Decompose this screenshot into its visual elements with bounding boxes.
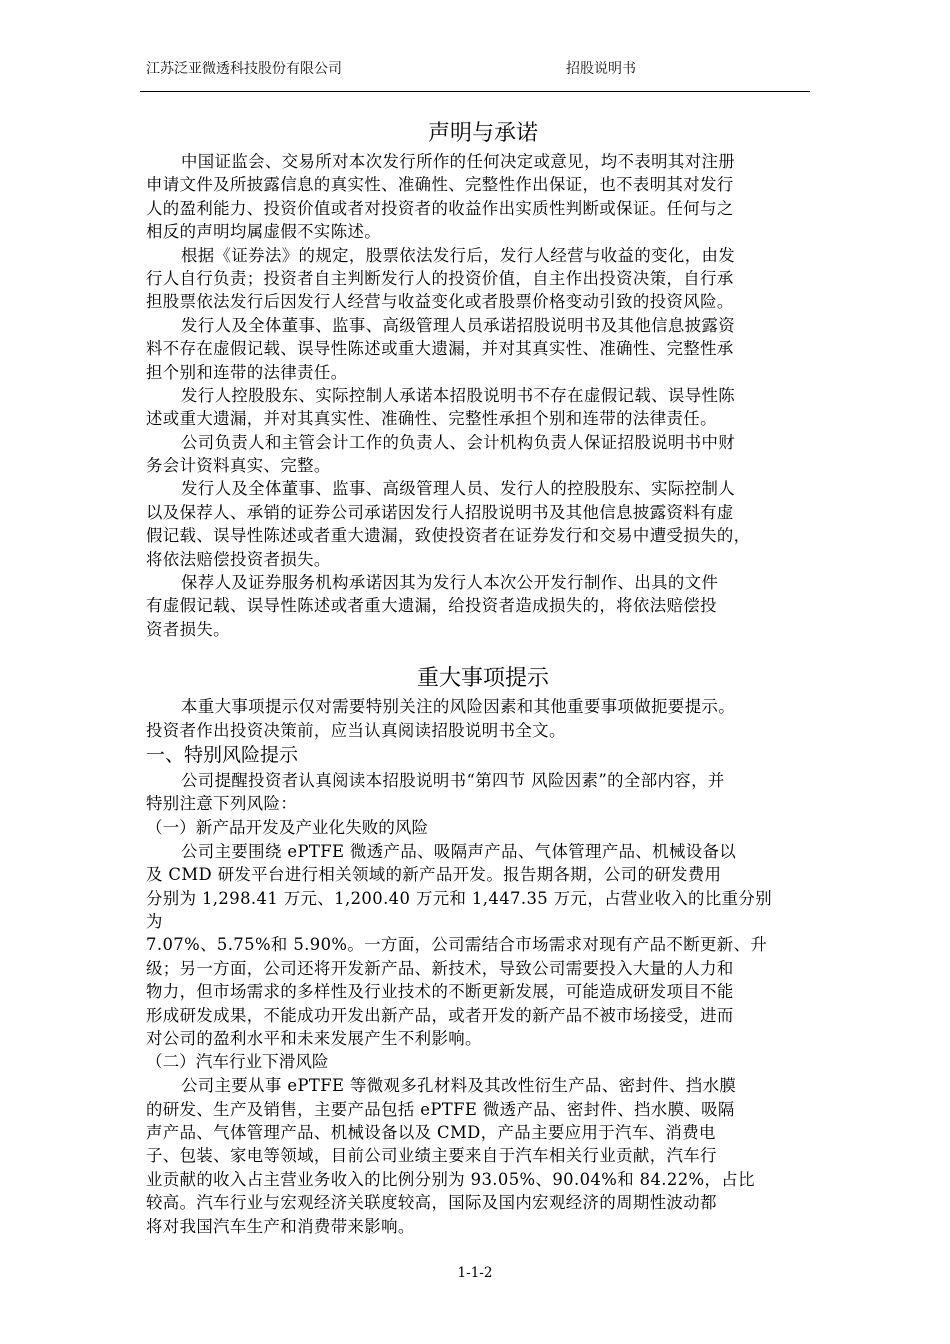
risk-heading: （一）新产品开发及产业化失败的风险 — [146, 816, 820, 840]
text-line: 有虚假记载、误导性陈述或者重大遗漏，给投资者造成损失的，将依法赔偿投 — [146, 594, 820, 617]
text-line: 公司负责人和主管会计工作的负责人、会计机构负责人保证招股说明书中财 — [146, 431, 820, 454]
text-line: 发行人及全体董事、监事、高级管理人员承诺招股说明书及其他信息披露资 — [146, 314, 820, 337]
text-line: 公司主要从事 ePTFE 等微观多孔材料及其改性衍生产品、密封件、挡水膜 — [146, 1074, 820, 1097]
text-line: 的研发、生产及销售，主要产品包括 ePTFE 微透产品、密封件、挡水膜、吸隔 — [146, 1098, 820, 1121]
text-line: 务会计资料真实、完整。 — [146, 454, 820, 477]
text-line: 对公司的盈利水平和未来发展产生不利影响。 — [146, 1027, 820, 1050]
text-line: 相反的声明均属虚假不实陈述。 — [146, 220, 820, 243]
header-divider — [140, 91, 810, 92]
text-line: 申请文件及所披露信息的真实性、准确性、完整性作出保证，也不表明其对发行 — [146, 173, 820, 196]
text-line: 分别为 1,298.41 万元、1,200.40 万元和 1,447.35 万元… — [146, 887, 820, 910]
text-line: 特别注意下列风险： — [146, 792, 820, 815]
text-line: 为 — [146, 910, 820, 933]
text-line: 公司主要围绕 ePTFE 微透产品、吸隔声产品、气体管理产品、机械设备以 — [146, 840, 820, 863]
risk-heading: （二）汽车行业下滑风险 — [146, 1050, 820, 1074]
text-line: 较高。汽车行业与宏观经济关联度较高，国际及国内宏观经济的周期性波动都 — [146, 1191, 820, 1214]
text-line: 根据《证券法》的规定，股票依法发行后，发行人经营与收益的变化，由发 — [146, 244, 820, 267]
risk-paragraph: 公司主要从事 ePTFE 等微观多孔材料及其改性衍生产品、密封件、挡水膜 的研发… — [146, 1074, 820, 1238]
text-line: 声产品、气体管理产品、机械设备以及 CMD，产品主要应用于汽车、消费电 — [146, 1121, 820, 1144]
text-line: 业贡献的收入占主营业务收入的比例分别为 93.05%、90.04%和 84.22… — [146, 1168, 820, 1191]
text-line: 7.07%、5.75%和 5.90%。一方面，公司需结合市场需求对现有产品不断更… — [146, 933, 820, 956]
text-line: 形成研发成果，不能成功开发出新产品，或者开发的新产品不被市场接受，进而 — [146, 1004, 820, 1027]
statement-paragraph: 发行人及全体董事、监事、高级管理人员、发行人的控股股东、实际控制人 以及保荐人、… — [146, 477, 820, 571]
text-line: 将对我国汽车生产和消费带来影响。 — [146, 1215, 820, 1238]
risk-paragraph: 公司主要围绕 ePTFE 微透产品、吸隔声产品、气体管理产品、机械设备以 及 C… — [146, 840, 820, 1051]
text-line: 保荐人及证券服务机构承诺因其为发行人本次公开发行制作、出具的文件 — [146, 571, 820, 594]
text-line: 级；另一方面，公司还将开发新产品、新技术，导致公司需要投入大量的人力和 — [146, 957, 820, 980]
text-line: 担个别和连带的法律责任。 — [146, 361, 820, 384]
text-line: 述或重大遗漏，并对其真实性、准确性、完整性承担个别和连带的法律责任。 — [146, 407, 820, 430]
text-line: 投资者作出投资决策前，应当认真阅读招股说明书全文。 — [146, 719, 820, 742]
text-line: 子、包装、家电等领域，目前公司业绩主要来自于汽车相关行业贡献，汽车行 — [146, 1144, 820, 1167]
document-page: 江苏泛亚微透科技股份有限公司 招股说明书 声明与承诺 中国证监会、交易所对本次发… — [0, 0, 950, 1344]
text-line: 假记载、误导性陈述或者重大遗漏，致使投资者在证券发行和交易中遭受损失的， — [146, 524, 820, 547]
text-line: 及 CMD 研发平台进行相关领域的新产品开发。报告期各期，公司的研发费用 — [146, 863, 820, 886]
section-intro: 公司提醒投资者认真阅读本招股说明书“第四节 风险因素”的全部内容，并 特别注意下… — [146, 769, 820, 816]
statement-paragraph: 根据《证券法》的规定，股票依法发行后，发行人经营与收益的变化，由发 行人自行负责… — [146, 244, 820, 314]
statement-paragraph: 发行人控股股东、实际控制人承诺本招股说明书不存在虚假记载、误导性陈 述或重大遗漏… — [146, 384, 820, 431]
page-header: 江苏泛亚微透科技股份有限公司 招股说明书 — [146, 58, 810, 80]
statement-paragraph: 公司负责人和主管会计工作的负责人、会计机构负责人保证招股说明书中财 务会计资料真… — [146, 431, 820, 478]
statement-paragraph: 保荐人及证券服务机构承诺因其为发行人本次公开发行制作、出具的文件 有虚假记载、误… — [146, 571, 820, 641]
section-spacer — [146, 641, 820, 663]
text-line: 人的盈利能力、投资价值或者对投资者的收益作出实质性判断或保证。任何与之 — [146, 197, 820, 220]
text-line: 中国证监会、交易所对本次发行所作的任何决定或意见，均不表明其对注册 — [146, 150, 820, 173]
page-number: 1-1-2 — [0, 1265, 950, 1281]
company-name: 江苏泛亚微透科技股份有限公司 — [146, 58, 342, 78]
text-line: 将依法赔偿投资者损失。 — [146, 548, 820, 571]
statement-paragraph: 中国证监会、交易所对本次发行所作的任何决定或意见，均不表明其对注册 申请文件及所… — [146, 150, 820, 244]
text-line: 本重大事项提示仅对需要特别关注的风险因素和其他重要事项做扼要提示。 — [146, 695, 820, 718]
statement-title: 声明与承诺 — [146, 118, 820, 150]
major-matters-title: 重大事项提示 — [146, 663, 820, 695]
text-line: 料不存在虚假记载、误导性陈述或重大遗漏，并对其真实性、准确性、完整性承 — [146, 337, 820, 360]
text-line: 资者损失。 — [146, 618, 820, 641]
major-matters-intro: 本重大事项提示仅对需要特别关注的风险因素和其他重要事项做扼要提示。 投资者作出投… — [146, 695, 820, 742]
text-line: 发行人控股股东、实际控制人承诺本招股说明书不存在虚假记载、误导性陈 — [146, 384, 820, 407]
text-line: 物力，但市场需求的多样性及行业技术的不断更新发展，可能造成研发项目不能 — [146, 980, 820, 1003]
text-line: 以及保荐人、承销的证券公司承诺因发行人招股说明书及其他信息披露资料有虚 — [146, 501, 820, 524]
text-line: 行人自行负责；投资者自主判断发行人的投资价值，自主作出投资决策，自行承 — [146, 267, 820, 290]
document-type: 招股说明书 — [566, 58, 636, 78]
text-line: 公司提醒投资者认真阅读本招股说明书“第四节 风险因素”的全部内容，并 — [146, 769, 820, 792]
section-heading: 一、特别风险提示 — [146, 742, 820, 769]
text-line: 担股票依法发行后因发行人经营与收益变化或者股票价格变动引致的投资风险。 — [146, 290, 820, 313]
statement-paragraph: 发行人及全体董事、监事、高级管理人员承诺招股说明书及其他信息披露资 料不存在虚假… — [146, 314, 820, 384]
page-content: 声明与承诺 中国证监会、交易所对本次发行所作的任何决定或意见，均不表明其对注册 … — [146, 118, 820, 1238]
text-line: 发行人及全体董事、监事、高级管理人员、发行人的控股股东、实际控制人 — [146, 477, 820, 500]
